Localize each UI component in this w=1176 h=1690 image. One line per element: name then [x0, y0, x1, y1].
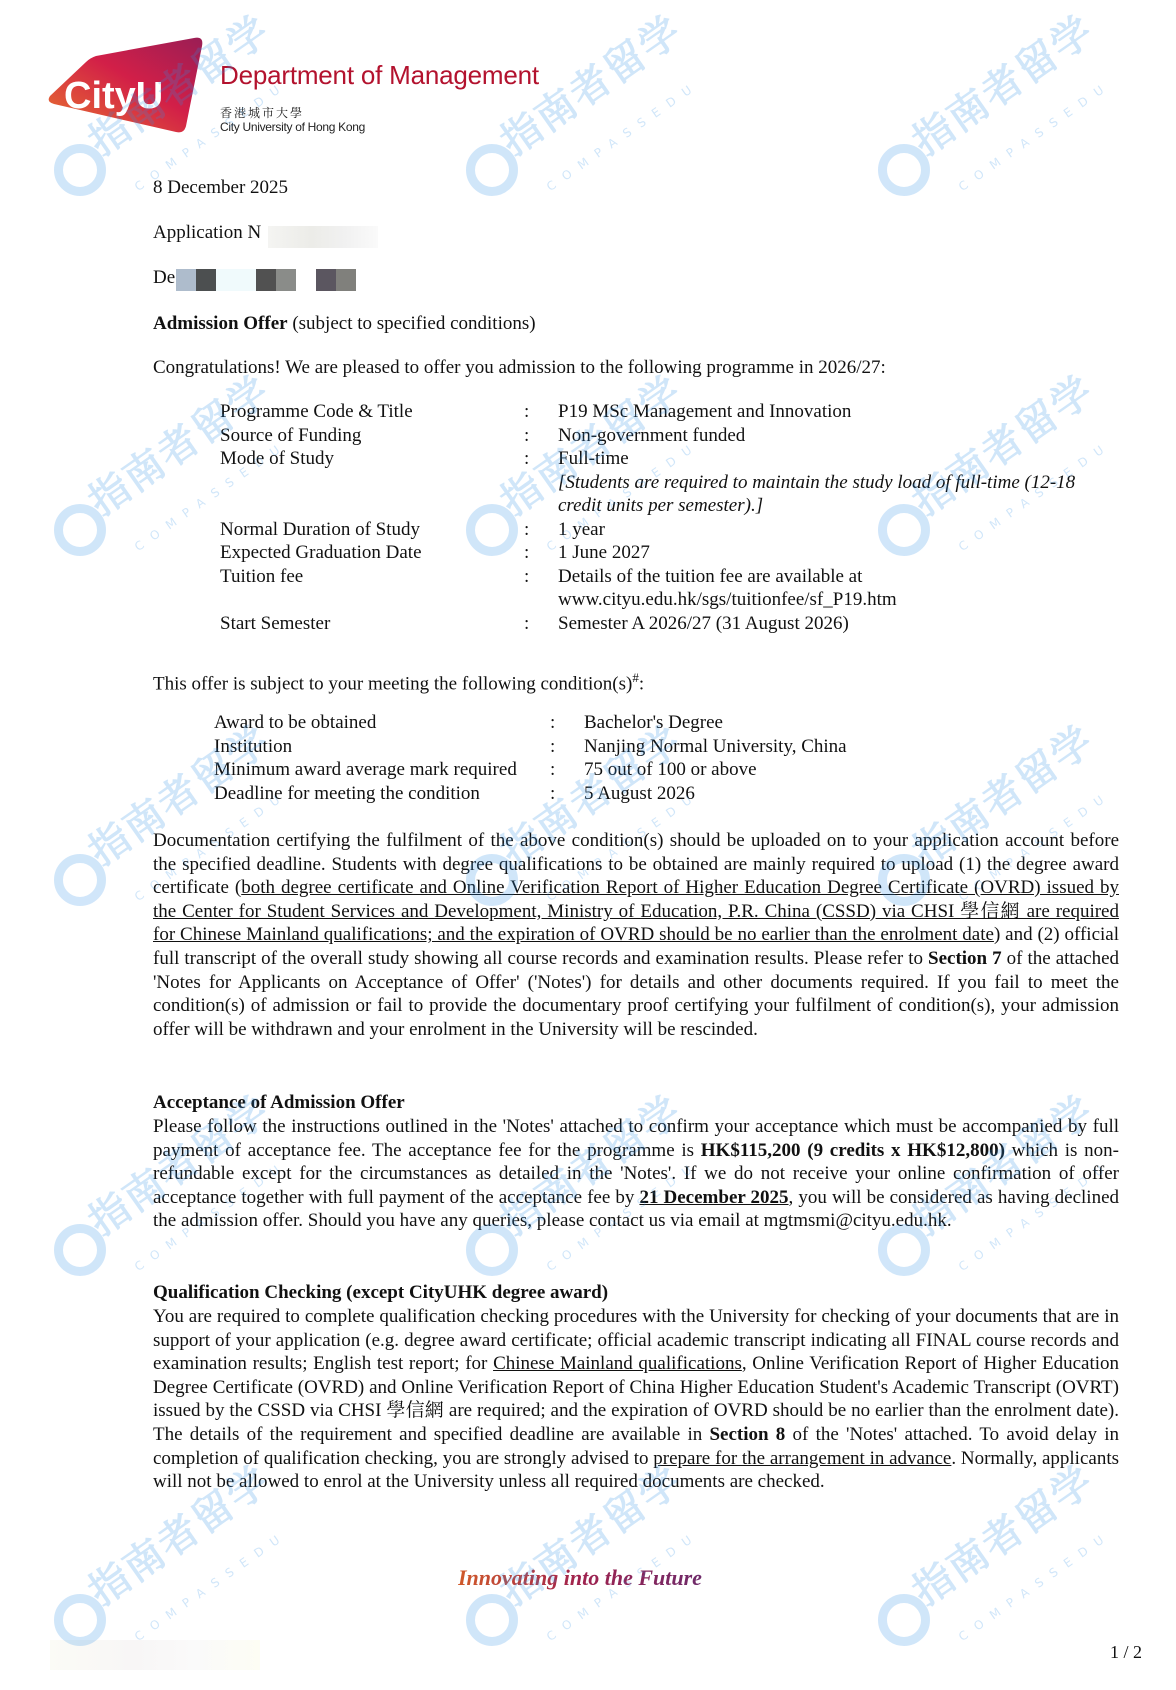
redacted-footer	[50, 1640, 260, 1670]
colon-separator: :	[550, 711, 555, 735]
condition-label: Deadline for meeting the condition	[214, 782, 480, 806]
congratulations-text: Congratulations! We are pleased to offer…	[153, 356, 886, 380]
offer-title: Admission Offer (subject to specified co…	[153, 312, 536, 336]
watermark-logo-icon	[466, 144, 518, 196]
field-value: 1 year	[558, 518, 605, 542]
condition-value: Nanjing Normal University, China	[584, 735, 847, 759]
watermark-logo-icon	[54, 144, 106, 196]
field-value: P19 MSc Management and Innovation	[558, 400, 851, 424]
field-value: Details of the tuition fee are available…	[558, 565, 862, 589]
colon-separator: :	[524, 518, 529, 542]
condition-value: Bachelor's Degree	[584, 711, 723, 735]
acceptance-paragraph: Please follow the instructions outlined …	[153, 1115, 1119, 1233]
programme-details-table: Programme Code & Title:P19 MSc Managemen…	[220, 400, 1120, 635]
programme-row: Tuition fee:Details of the tuition fee a…	[220, 565, 1120, 589]
conditions-table: Award to be obtained:Bachelor's DegreeIn…	[214, 711, 1114, 805]
conditions-intro: This offer is subject to your meeting th…	[153, 666, 644, 696]
application-number: Application N	[153, 221, 261, 245]
watermark-logo-icon	[878, 144, 930, 196]
condition-value: 75 out of 100 or above	[584, 758, 757, 782]
programme-row: Expected Graduation Date:1 June 2027	[220, 541, 1120, 565]
colon-separator: :	[524, 541, 529, 565]
field-note: [Students are required to maintain the s…	[558, 471, 1075, 495]
field-label: Start Semester	[220, 612, 330, 636]
footer-slogan: Innovating into the Future	[458, 1565, 702, 1591]
programme-note: [Students are required to maintain the s…	[220, 471, 1120, 495]
admission-letter-page: CityU Department of Management 香港城市大學 Ci…	[0, 0, 1176, 1690]
letter-date: 8 December 2025	[153, 176, 288, 200]
acceptance-heading: Acceptance of Admission Offer	[153, 1092, 405, 1114]
field-value: www.cityu.edu.hk/sgs/tuitionfee/sf_P19.h…	[558, 588, 897, 612]
watermark-logo-icon	[54, 854, 106, 906]
field-value: Non-government funded	[558, 424, 745, 448]
condition-value: 5 August 2026	[584, 782, 695, 806]
field-label: Normal Duration of Study	[220, 518, 420, 542]
watermark-logo-icon	[878, 1594, 930, 1646]
condition-row: Institution:Nanjing Normal University, C…	[214, 735, 1114, 759]
university-name-english: City University of Hong Kong	[220, 120, 365, 134]
redacted-application-number	[268, 226, 378, 248]
programme-value-continued: www.cityu.edu.hk/sgs/tuitionfee/sf_P19.h…	[220, 588, 1120, 612]
condition-label: Minimum award average mark required	[214, 758, 517, 782]
colon-separator: :	[524, 612, 529, 636]
watermark-logo-icon	[54, 1224, 106, 1276]
watermark-logo-icon	[54, 504, 106, 556]
colon-separator: :	[524, 447, 529, 471]
condition-label: Award to be obtained	[214, 711, 376, 735]
colon-separator: :	[524, 424, 529, 448]
condition-label: Institution	[214, 735, 292, 759]
university-name-chinese: 香港城市大學	[220, 104, 304, 121]
colon-separator: :	[550, 782, 555, 806]
programme-note: credit units per semester).]	[220, 494, 1120, 518]
acceptance-deadline: 21 December 2025	[639, 1187, 788, 1208]
qualification-paragraph: You are required to complete qualificati…	[153, 1305, 1119, 1494]
colon-separator: :	[550, 735, 555, 759]
programme-row: Start Semester:Semester A 2026/27 (31 Au…	[220, 612, 1120, 636]
field-value: 1 June 2027	[558, 541, 650, 565]
field-label: Expected Graduation Date	[220, 541, 422, 565]
programme-row: Mode of Study:Full-time	[220, 447, 1120, 471]
documentation-paragraph: Documentation certifying the fulfilment …	[153, 829, 1119, 1041]
field-label: Programme Code & Title	[220, 400, 413, 424]
condition-row: Minimum award average mark required:75 o…	[214, 758, 1114, 782]
salutation: De	[153, 266, 175, 290]
programme-row: Programme Code & Title:P19 MSc Managemen…	[220, 400, 1120, 424]
field-value: Semester A 2026/27 (31 August 2026)	[558, 612, 849, 636]
colon-separator: :	[524, 400, 529, 424]
application-label: Application N	[153, 222, 261, 243]
svg-text:CityU: CityU	[64, 75, 163, 117]
qualification-heading: Qualification Checking (except CityUHK d…	[153, 1282, 608, 1304]
field-label: Mode of Study	[220, 447, 334, 471]
field-note: credit units per semester).]	[558, 494, 763, 518]
programme-row: Normal Duration of Study:1 year	[220, 518, 1120, 542]
condition-row: Deadline for meeting the condition:5 Aug…	[214, 782, 1114, 806]
colon-separator: :	[550, 758, 555, 782]
department-name: Department of Management	[220, 60, 539, 91]
watermark-logo-icon	[54, 1594, 106, 1646]
colon-separator: :	[524, 565, 529, 589]
field-label: Tuition fee	[220, 565, 303, 589]
watermark-logo-icon	[466, 1594, 518, 1646]
condition-row: Award to be obtained:Bachelor's Degree	[214, 711, 1114, 735]
page-number: 1 / 2	[1110, 1642, 1142, 1663]
programme-row: Source of Funding:Non-government funded	[220, 424, 1120, 448]
field-value: Full-time	[558, 447, 629, 471]
field-label: Source of Funding	[220, 424, 361, 448]
cityu-logo: CityU	[46, 34, 206, 134]
